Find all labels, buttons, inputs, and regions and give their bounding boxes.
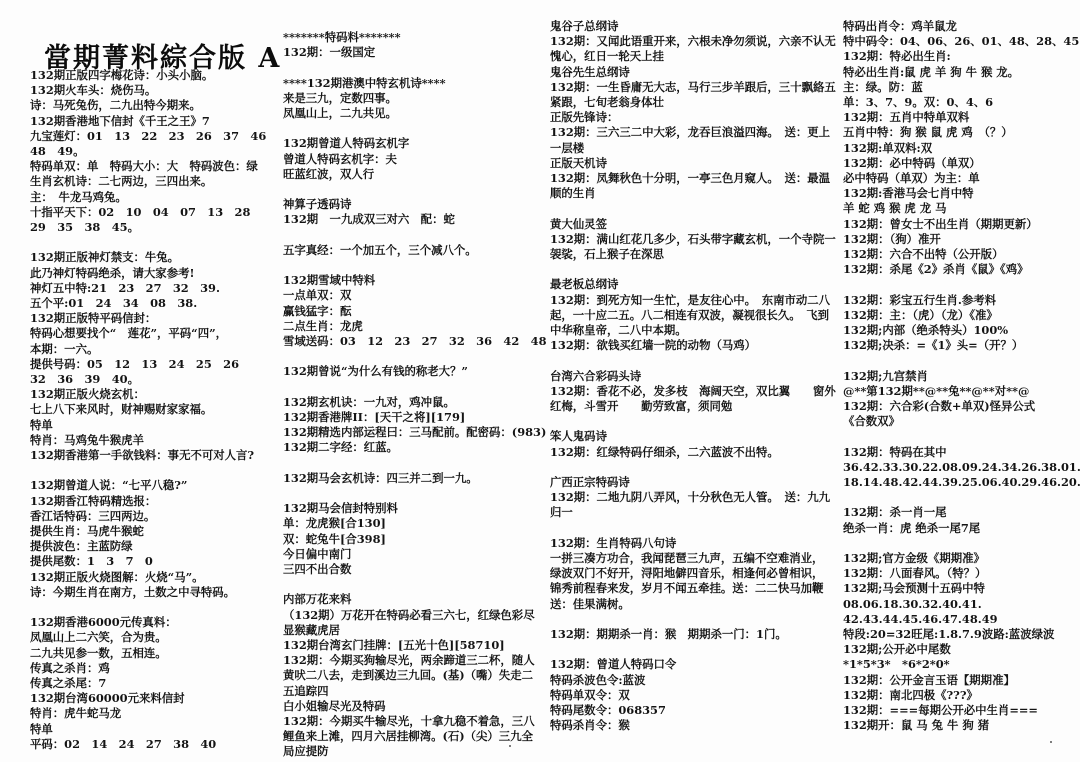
text-line: 传真之杀尾：7	[30, 676, 270, 691]
text-line: 132期开：鼠 马 兔 牛 狗 猪	[843, 718, 1078, 733]
text-line: 132期：公开金言玉语【期期准】	[843, 673, 1078, 688]
text-line: 必中特码（单双）为主：单	[843, 171, 1078, 186]
text-line: 局应提防	[283, 744, 538, 759]
column-2: *******特码料*******132期：一级国定****132期港澳中特玄机…	[283, 30, 538, 760]
text-line: 内部万花来料	[283, 592, 538, 607]
text-line: 送：佳果满树。	[550, 597, 820, 612]
text-line: 132期：今期买牛输尽光，十拿九稳不着急，三八	[283, 714, 538, 729]
text-line: 132期 一九成双三对六 配：蛇	[283, 212, 538, 227]
text-line: 36.42.33.30.22.08.09.24.34.26.38.01.19.	[843, 460, 1078, 475]
text-line: 主：绿。防：蓝	[843, 80, 1078, 95]
text-line: 132期曾说“为什么有钱的称老大？”	[283, 364, 538, 379]
spacer	[550, 642, 820, 657]
text-line: 132期：一级国定	[283, 45, 538, 60]
text-line: 132期：六合彩(合数+单双)怪异公式	[843, 399, 1078, 414]
text-line: 132期马会玄机诗：四三并二到一九。	[283, 471, 538, 486]
text-line: 132期台湾玄门挂牌：[五光十色][58710]	[283, 638, 538, 653]
text-line: 132期：欲钱买红墙一院的动物（马鸡）	[550, 338, 820, 353]
text-line: 132期：杀尾《2》杀肖《鼠》《鸡》	[843, 262, 1078, 277]
text-line: 鲤鱼来上滩，四月六居挂柳湾。(石)（尖）三九全	[283, 729, 538, 744]
text-line: 三四不出合数	[283, 562, 538, 577]
text-line: 广西正宗特码诗	[550, 475, 820, 490]
text-line: 132期：特码在其中	[843, 445, 1078, 460]
text-line: 传真之杀肖：鸡	[30, 661, 270, 676]
text-line: *******特码料*******	[283, 30, 538, 45]
spacer	[843, 353, 1078, 368]
text-line: 十指平天下：02 10 04 07 13 28	[30, 205, 270, 220]
scan-speck	[1050, 741, 1052, 743]
text-line: 单：龙虎猴[合130]	[283, 516, 538, 531]
spacer	[283, 349, 538, 364]
text-line: 132期:香港马会七肖中特	[843, 186, 1078, 201]
text-line: 五个平:01 24 34 08 38.	[30, 296, 270, 311]
text-line: 132期火车头：烧伤马。	[30, 83, 270, 98]
text-line: 132期香港牌II：[天干之将][179]	[283, 410, 538, 425]
text-line: 42.43.44.45.46.47.48.49	[843, 612, 1078, 627]
text-line: 132期;决杀：=《1》头=（开？）	[843, 338, 1078, 353]
text-line: 提供生肖：马虎牛猴蛇	[30, 524, 270, 539]
text-line: 五肖中特：狗 猴 鼠 虎 鸡 （？）	[843, 125, 1078, 140]
text-line: 132期香港地下信封《千王之王》7	[30, 114, 270, 129]
text-line: 显猴藏虎居	[283, 623, 538, 638]
text-line: 提供波色：主蓝防绿	[30, 539, 270, 554]
text-line: 132期：彩宝五行生肖.参考料	[843, 293, 1078, 308]
text-line: 132期：三六三二中大彩，龙吞巨浪溢四海。 送：更上	[550, 125, 820, 140]
text-line: 雪域送码：03 12 23 27 32 36 42 48	[283, 334, 538, 349]
text-line: 特码心想要找个“ 莲花”，平码“四”，	[30, 326, 270, 341]
spacer	[550, 353, 820, 368]
text-line: 132期:单双料:双	[843, 141, 1078, 156]
text-line: 本期：一六。	[30, 342, 270, 357]
text-line: 平码：02 14 24 27 38 40	[30, 737, 270, 752]
text-line: 主： 牛龙马鸡兔。	[30, 190, 270, 205]
spacer	[843, 536, 1078, 551]
text-line: 132期正版四字梅花诗：小头小脑。	[30, 68, 270, 83]
spacer	[550, 612, 820, 627]
text-line: 特码单双：单 特码大小：大 特码波色：绿	[30, 159, 270, 174]
spacer	[283, 258, 538, 273]
text-line: 132期：===每期公开必中生肖===	[843, 703, 1078, 718]
text-line: 今日偏中南门	[283, 547, 538, 562]
text-line: 132期马会信封特别料	[283, 501, 538, 516]
text-line: 132期香江特码精选报：	[30, 494, 270, 509]
spacer	[843, 490, 1078, 505]
text-line: 五字真经：一个加五个，三个减八个。	[283, 243, 538, 258]
text-line: 132期：必中特码（单双）	[843, 156, 1078, 171]
text-line: 特码杀肖令：猴	[550, 718, 820, 733]
text-line: 锦秀前程春来发，岁月不闻五牵挂。送：二二快马加鞭	[550, 581, 820, 596]
text-line: 绝杀一肖：虎 绝杀一尾7尾	[843, 521, 1078, 536]
text-line: 132期二字经：红蓝。	[283, 440, 538, 455]
text-line: 诗：今期生肖在南方，土数之中寻特码。	[30, 585, 270, 600]
text-line: 132期：凤舞秋色十分明，一亭三色月窥人。 送：最温	[550, 171, 820, 186]
text-line: 132期;九宫禁肖	[843, 369, 1078, 384]
text-line: 132期：五肖中特单双料	[843, 110, 1078, 125]
text-line: 鬼谷先生总纲诗	[550, 65, 820, 80]
text-line: 48 49。	[30, 144, 270, 159]
text-line: 132期：二地九阴八弄风，十分秋色无人管。 送：九九	[550, 490, 820, 505]
text-line: 132期：曾道人特码口令	[550, 657, 820, 672]
text-line: 顺的生肖	[550, 186, 820, 201]
text-line: 132期：杀一肖一尾	[843, 505, 1078, 520]
text-line: 132期：南北四极《???》	[843, 688, 1078, 703]
spacer	[550, 201, 820, 216]
spacer	[843, 429, 1078, 444]
text-line: 132期玄机诀：一九对，鸡冲鼠。	[283, 395, 538, 410]
text-line: 132期精选内部运程曰：三马配前。配密码：(983)	[283, 425, 538, 440]
text-line: 黄吠二八去，走到溪边三九回。(基)（嘴）失走二	[283, 668, 538, 683]
text-line: 132期：到死方知一生忙，是友往心中。 东南市动二八	[550, 293, 820, 308]
spacer	[843, 277, 1078, 292]
text-line: 132期：又闻此语重开来，六根未净勿须说，六亲不认无	[550, 34, 820, 49]
text-line: 132期;马会预测十五码中特	[843, 581, 1078, 596]
text-line: 132期正版火烧图解：火烧“马”。	[30, 570, 270, 585]
spacer	[283, 456, 538, 471]
text-line: 赢钱猛字：酝	[283, 304, 538, 319]
text-line: 绿波双门不好开，浔阳地僻四音乐，相逢何必曾相识，	[550, 566, 820, 581]
text-line: 特码尾数令：068357	[550, 703, 820, 718]
text-line: 132期：主：（虎）（龙）《准》	[843, 308, 1078, 323]
text-line: 特段:20=32旺尾:1.8.7.9波路:蓝波绿波	[843, 627, 1078, 642]
text-line: 提供号码：05 12 13 24 25 26	[30, 357, 270, 372]
text-line: 归一	[550, 505, 820, 520]
text-line: 五追踪四	[283, 684, 538, 699]
text-line: 羊 蛇 鸡 猴 虎 龙 马	[843, 201, 1078, 216]
text-line: ****132期港澳中特玄机诗****	[283, 76, 538, 91]
text-line: 旺蓝红波，双人行	[283, 167, 538, 182]
spacer	[283, 182, 538, 197]
text-line: 神灯五中特:21 23 27 32 39.	[30, 281, 270, 296]
spacer	[550, 262, 820, 277]
text-line: 132期：（狗）准开	[843, 232, 1078, 247]
text-line: 132期：六合不出特（公开版）	[843, 247, 1078, 262]
text-line: 132期台湾60000元来料信封	[30, 691, 270, 706]
text-line: 正版天机诗	[550, 156, 820, 171]
text-line: 特肖：虎牛蛇马龙	[30, 706, 270, 721]
text-line: 单：3、7、9。双：0、4、6	[843, 95, 1078, 110]
text-line: 132期正版特平码信封：	[30, 311, 270, 326]
column-4: 特码出肖令：鸡羊鼠龙特中码令：04、06、26、01、48、28、45132期：…	[843, 19, 1078, 733]
column-1: 132期正版四字梅花诗：小头小脑。132期火车头：烧伤马。诗：马死兔伤，二九出特…	[30, 68, 270, 752]
text-line: 132期：一生昏庸无大志，马行三步羊跟后，三十飘絡五	[550, 80, 820, 95]
spacer	[550, 521, 820, 536]
text-line: 鬼谷子总纲诗	[550, 19, 820, 34]
text-line: 132期;官方金级《期期准》	[843, 551, 1078, 566]
text-line: 132期雪域中特料	[283, 273, 538, 288]
text-line: 七上八下来风时，财神赐财家家福。	[30, 402, 270, 417]
spacer	[30, 600, 270, 615]
text-line: 此乃神灯特码绝杀，请大家参考!	[30, 266, 270, 281]
text-line: 一点单双：双	[283, 288, 538, 303]
text-line: 132期：红绿特码仔细杀，二六蓝波不出特。	[550, 445, 820, 460]
text-line: 正版先锋诗：	[550, 110, 820, 125]
text-line: 特单	[30, 722, 270, 737]
text-line: 132期;公开必中尾数	[843, 642, 1078, 657]
text-line: （132期）万花开在特码必看三六七，红绿色彩尽	[283, 608, 538, 623]
text-line: 凤凰山上，二九共见。	[283, 106, 538, 121]
text-line: 提供尾数：1 3 7 0	[30, 554, 270, 569]
text-line: 132期香港6000元传真料：	[30, 615, 270, 630]
text-line: 特中码令：04、06、26、01、48、28、45	[843, 34, 1078, 49]
text-line: 起，一十应二五。八二相连有双波，凝视很长久。 飞到	[550, 308, 820, 323]
spacer	[550, 414, 820, 429]
spacer	[283, 60, 538, 75]
text-line: @**第132期**@**兔**@**对**@	[843, 384, 1078, 399]
text-line: 32 36 39 40。	[30, 372, 270, 387]
scan-speck	[509, 745, 511, 747]
text-line: 132期;内部（绝杀特头）100%	[843, 323, 1078, 338]
text-line: 29 35 38 45。	[30, 220, 270, 235]
text-line: 黄大仙灵签	[550, 217, 820, 232]
text-line: 132期香港第一手欲钱料：事无不可对人言?	[30, 448, 270, 463]
text-line: 曾道人特码玄机字：夫	[283, 152, 538, 167]
spacer	[283, 577, 538, 592]
text-line: 中华称皇帝，二八中本期。	[550, 323, 820, 338]
text-line: 一拼三凑方功合，我闻琵琶三九声，五编不空难消业，	[550, 551, 820, 566]
spacer	[283, 228, 538, 243]
text-line: 132期曾道人特码玄机字	[283, 136, 538, 151]
text-line: 132期正版火烧玄机：	[30, 387, 270, 402]
spacer	[30, 463, 270, 478]
text-line: 18.14.48.42.44.39.25.06.40.29.46.20.11.	[843, 475, 1078, 490]
text-line: 特码出肖令：鸡羊鼠龙	[843, 19, 1078, 34]
text-line: 132期正版神灯禁支：牛兔。	[30, 250, 270, 265]
text-line: 凤凰山上二六笑，合为贵。	[30, 630, 270, 645]
text-line: 紧跟，七旬老翁身体壮	[550, 95, 820, 110]
text-line: 132期：满山红花几多少，石头带字藏玄机，一个寺院一	[550, 232, 820, 247]
text-line: 愧心，红日一轮天上挂	[550, 49, 820, 64]
spacer	[550, 460, 820, 475]
text-line: 132期：今期买狗输尽光，两余蹄道三二杯，随人	[283, 653, 538, 668]
text-line: 132期曾道人说：“七平八稳?”	[30, 478, 270, 493]
text-line: 生肖玄机诗：二七两边，三四出来。	[30, 174, 270, 189]
text-line: 《合数双》	[843, 414, 1078, 429]
text-line: 笨人鬼码诗	[550, 429, 820, 444]
text-line: 香江话特码：三四两边。	[30, 509, 270, 524]
text-line: 白小姐输尽光及特码	[283, 699, 538, 714]
text-line: 二点生肖：龙虎	[283, 319, 538, 334]
text-line: 台湾六合彩码头诗	[550, 369, 820, 384]
text-line: 最老板总纲诗	[550, 277, 820, 292]
text-line: 袈裟，石上猴子在深思	[550, 247, 820, 262]
text-line: 特码单双令：双	[550, 688, 820, 703]
text-line: 132期：八面春风。（特？）	[843, 566, 1078, 581]
spacer	[283, 486, 538, 501]
text-line: 132期：期期杀一肖：猴 期期杀一门：1门。	[550, 627, 820, 642]
text-line: 特必出生肖:鼠 虎 羊 狗 牛 猴 龙。	[843, 65, 1078, 80]
newspaper-page: 當期菁料綜合版 A 132期正版四字梅花诗：小头小脑。132期火车头：烧伤马。诗…	[0, 0, 1080, 762]
text-line: 来是三九，定数四事。	[283, 91, 538, 106]
text-line: 特肖：马鸡兔牛猴虎羊	[30, 433, 270, 448]
text-line: 一层楼	[550, 141, 820, 156]
text-line: 二九共见参一数，五相连。	[30, 646, 270, 661]
text-line: 132期：香花不必，发多枝 海阔天空，双比翼 窗外	[550, 384, 820, 399]
spacer	[283, 380, 538, 395]
text-line: 神算子透码诗	[283, 197, 538, 212]
text-line: 特码杀波色令:蓝波	[550, 673, 820, 688]
text-line: 08.06.18.30.32.40.41.	[843, 597, 1078, 612]
column-3: 鬼谷子总纲诗132期：又闻此语重开来，六根未净勿须说，六亲不认无愧心，红日一轮天…	[550, 19, 820, 733]
text-line: 九宝莲灯：01 13 22 23 26 37 46	[30, 129, 270, 144]
text-line: 132期：曾女士不出生肖（期期更新）	[843, 217, 1078, 232]
text-line: 132期：特必出生肖:	[843, 49, 1078, 64]
text-line: 红梅，斗雪开 勤劳致富，须同勉	[550, 399, 820, 414]
text-line: 诗：马死兔伤，二九出特今期来。	[30, 98, 270, 113]
spacer	[283, 121, 538, 136]
text-line: *1*5*3* *6*2*0*	[843, 657, 1078, 672]
text-line: 132期：生肖特码八句诗	[550, 536, 820, 551]
text-line: 特单	[30, 418, 270, 433]
text-line: 双：蛇兔牛[合398]	[283, 532, 538, 547]
spacer	[30, 235, 270, 250]
